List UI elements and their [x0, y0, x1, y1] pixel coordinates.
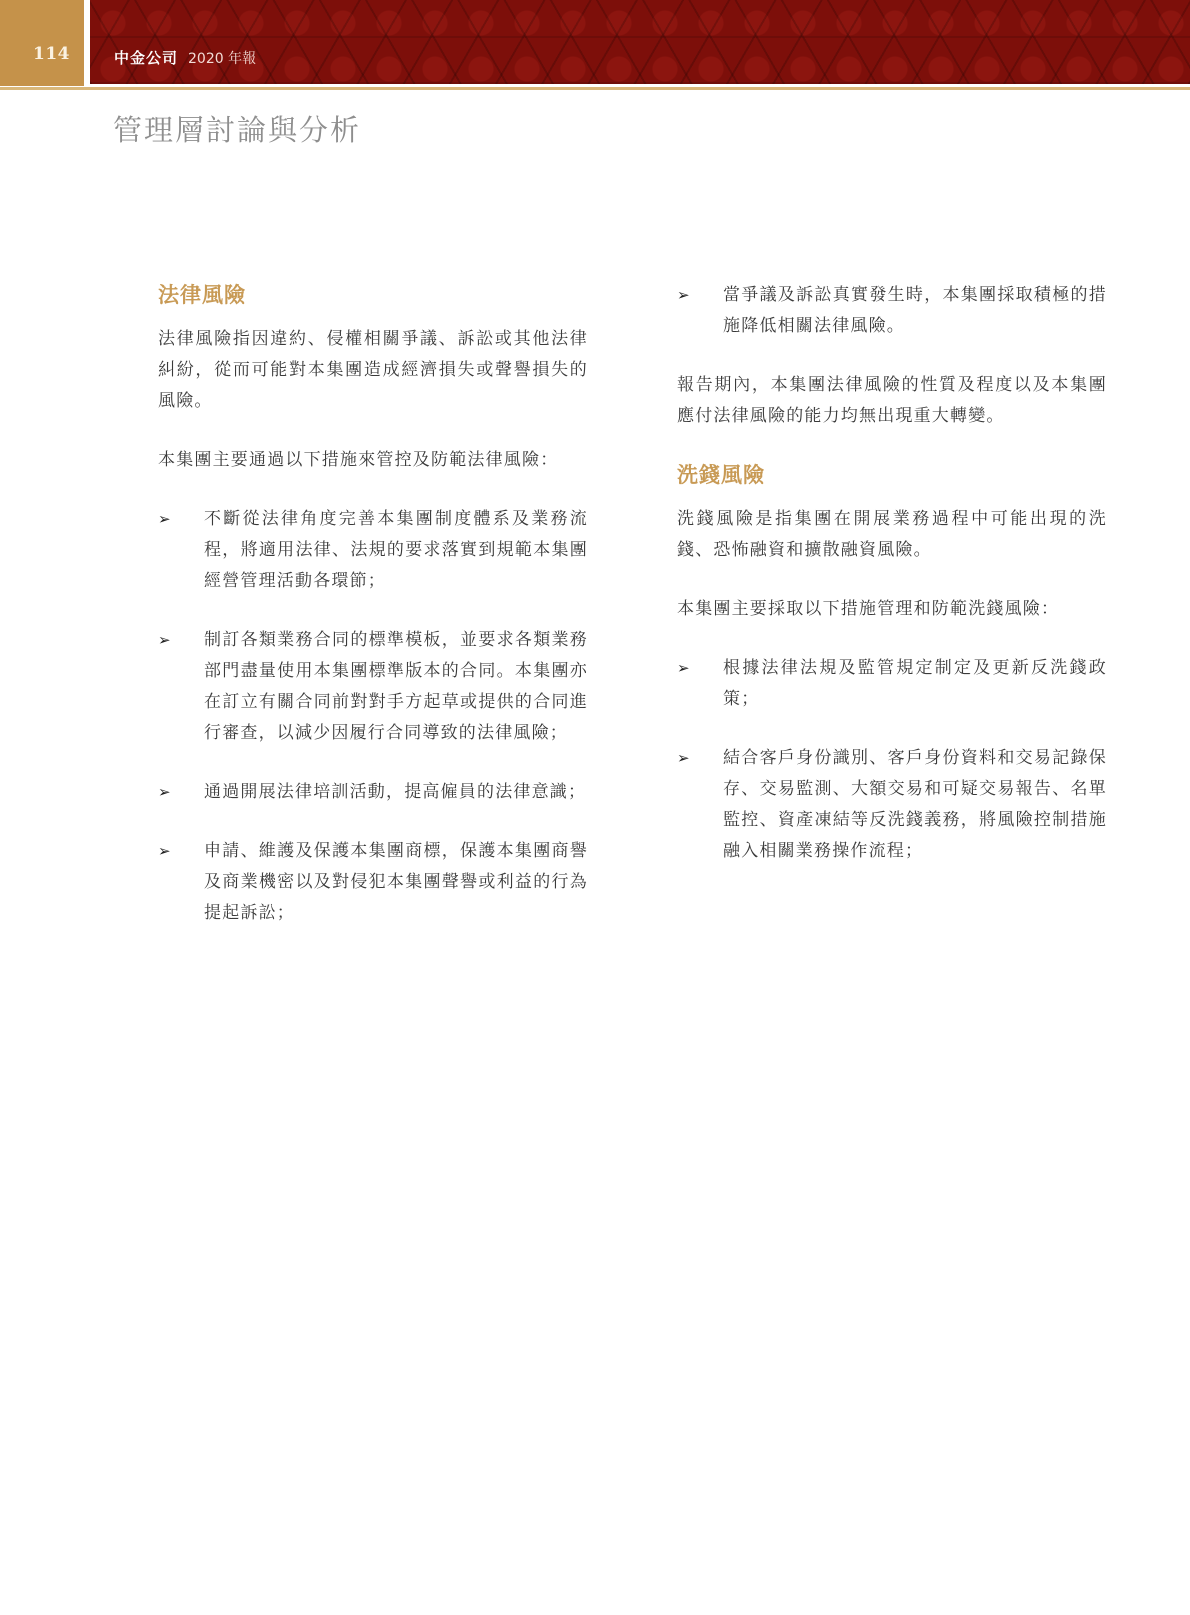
legal-risk-definition: 法律風險指因違約、侵權相關爭議、訴訟或其他法律糾紛，從而可能對本集團造成經濟損失… — [158, 324, 588, 417]
list-item: ➢ 通過開展法律培訓活動，提高僱員的法律意識； — [158, 777, 588, 808]
arrow-bullet-icon: ➢ — [158, 625, 204, 749]
arrow-bullet-icon: ➢ — [677, 280, 723, 342]
arrow-bullet-icon: ➢ — [158, 504, 204, 597]
aml-risk-intro: 本集團主要採取以下措施管理和防範洗錢風險： — [677, 594, 1107, 625]
section-heading-legal-risk: 法律風險 — [158, 280, 588, 310]
section-heading-aml-risk: 洗錢風險 — [677, 460, 1107, 490]
arrow-bullet-icon: ➢ — [158, 836, 204, 929]
legal-risk-intro: 本集團主要通過以下措施來管控及防範法律風險： — [158, 445, 588, 476]
list-item: ➢ 結合客戶身份識別、客戶身份資料和交易記錄保存、交易監測、大額交易和可疑交易報… — [677, 743, 1107, 867]
report-title: 中金公司 2020 年報 — [114, 47, 256, 68]
list-item-text: 結合客戶身份識別、客戶身份資料和交易記錄保存、交易監測、大額交易和可疑交易報告、… — [723, 743, 1107, 867]
page-header: 114 中金公司 2020 年報 — [0, 0, 1190, 92]
list-item-text: 根據法律法規及監管規定制定及更新反洗錢政策； — [723, 653, 1107, 715]
header-banner: 中金公司 2020 年報 — [90, 0, 1190, 84]
page-number-block: 114 — [0, 0, 84, 86]
aml-risk-definition: 洗錢風險是指集團在開展業務過程中可能出現的洗錢、恐怖融資和擴散融資風險。 — [677, 504, 1107, 566]
list-item-text: 制訂各類業務合同的標準模板，並要求各類業務部門盡量使用本集團標準版本的合同。本集… — [204, 625, 588, 749]
list-item: ➢ 當爭議及訴訟真實發生時，本集團採取積極的措施降低相關法律風險。 — [677, 280, 1107, 342]
arrow-bullet-icon: ➢ — [158, 777, 204, 808]
left-column: 法律風險 法律風險指因違約、侵權相關爭議、訴訟或其他法律糾紛，從而可能對本集團造… — [158, 280, 588, 957]
arrow-bullet-icon: ➢ — [677, 743, 723, 867]
arrow-bullet-icon: ➢ — [677, 653, 723, 715]
right-column: ➢ 當爭議及訴訟真實發生時，本集團採取積極的措施降低相關法律風險。 報告期內，本… — [677, 280, 1107, 895]
list-item-text: 通過開展法律培訓活動，提高僱員的法律意識； — [204, 777, 588, 808]
list-item: ➢ 根據法律法規及監管規定制定及更新反洗錢政策； — [677, 653, 1107, 715]
report-year-label: 2020 年報 — [188, 48, 256, 68]
legal-risk-summary: 報告期內，本集團法律風險的性質及程度以及本集團應付法律風險的能力均無出現重大轉變… — [677, 370, 1107, 432]
header-divider — [0, 87, 1190, 90]
list-item-text: 不斷從法律角度完善本集團制度體系及業務流程，將適用法律、法規的要求落實到規範本集… — [204, 504, 588, 597]
list-item: ➢ 申請、維護及保護本集團商標，保護本集團商譽及商業機密以及對侵犯本集團聲譽或利… — [158, 836, 588, 929]
page-number: 114 — [33, 44, 70, 64]
list-item: ➢ 制訂各類業務合同的標準模板，並要求各類業務部門盡量使用本集團標準版本的合同。… — [158, 625, 588, 749]
list-item-text: 申請、維護及保護本集團商標，保護本集團商譽及商業機密以及對侵犯本集團聲譽或利益的… — [204, 836, 588, 929]
list-item: ➢ 不斷從法律角度完善本集團制度體系及業務流程，將適用法律、法規的要求落實到規範… — [158, 504, 588, 597]
page-title: 管理層討論與分析 — [113, 108, 361, 149]
list-item-text: 當爭議及訴訟真實發生時，本集團採取積極的措施降低相關法律風險。 — [723, 280, 1107, 342]
company-name: 中金公司 — [114, 47, 178, 68]
